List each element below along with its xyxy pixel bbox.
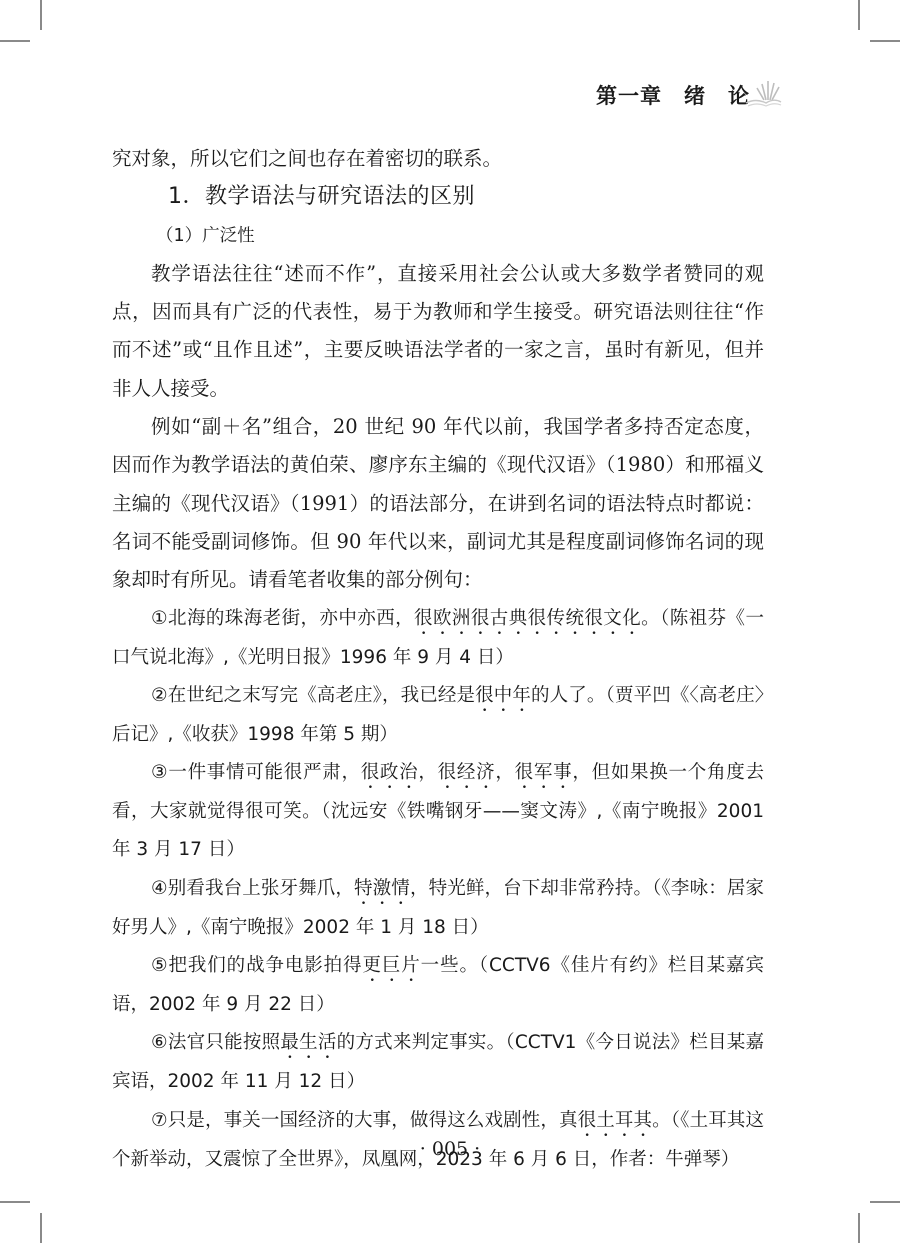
- chapter-title-1: 绪: [684, 80, 706, 110]
- running-head: 第一章 绪 论: [596, 80, 782, 110]
- crop-mark-bottom-left-h: [0, 1201, 30, 1203]
- crop-mark-bottom-right-h: [870, 1201, 900, 1203]
- emphasis: 很军事: [515, 762, 573, 783]
- crop-mark-top-right-h: [870, 40, 900, 42]
- crop-mark-top-left-v: [40, 0, 42, 30]
- paragraph-2: 例如“副＋名”组合，20 世纪 90 年代以前，我国学者多持否定态度，因而作为教…: [112, 408, 764, 599]
- example-1: ①北海的珠海老街，亦中亦西，很欧洲很古典很传统很文化。（陈祖芬《一口气说北海》,…: [112, 600, 764, 677]
- example-5: ⑤把我们的战争电影拍得更巨片一些。（CCTV6《佳片有约》栏目某嘉宾语，2002…: [112, 947, 764, 1024]
- emphasis: 很中年: [475, 685, 531, 706]
- emphasis: 很土耳其: [578, 1110, 653, 1131]
- page-number: · 005 ·: [0, 1138, 900, 1160]
- page-body: 究对象，所以它们之间也存在着密切的联系。 1．教学语法与研究语法的区别 （1）广…: [112, 140, 764, 1179]
- chapter-label: 第一章: [596, 80, 662, 110]
- crop-mark-bottom-right-v: [858, 1213, 860, 1243]
- emphasis: 很欧洲很古典很传统很文化: [414, 608, 641, 629]
- emphasis: 最生活: [280, 1032, 336, 1053]
- section-heading: 1．教学语法与研究语法的区别: [168, 178, 764, 216]
- open-book-icon: [744, 78, 782, 108]
- example-6: ⑥法官只能按照最生活的方式来判定事实。（CCTV1《今日说法》栏目某嘉宾语，20…: [112, 1024, 764, 1101]
- continued-paragraph: 究对象，所以它们之间也存在着密切的联系。: [112, 140, 764, 178]
- example-3: ③一件事情可能很严肃，很政治，很经济，很军事，但如果换一个角度去看，大家就觉得很…: [112, 754, 764, 870]
- example-4: ④别看我台上张牙舞爪，特激情，特光鲜，台下却非常矜持。（《李咏：居家好男人》,《…: [112, 870, 764, 947]
- subsection-heading: （1）广泛性: [156, 217, 764, 255]
- paragraph-1: 教学语法往往“述而不作”，直接采用社会公认或大多数学者赞同的观点，因而具有广泛的…: [112, 255, 764, 408]
- emphasis: 很政治: [361, 762, 419, 783]
- crop-mark-top-left-h: [0, 40, 30, 42]
- crop-mark-bottom-left-v: [40, 1213, 42, 1243]
- emphasis: 特激情: [354, 878, 410, 899]
- crop-mark-top-right-v: [858, 0, 860, 30]
- emphasis: 更巨片: [362, 955, 420, 976]
- emphasis: 很经济: [438, 762, 496, 783]
- example-2: ②在世纪之末写完《高老庄》，我已经是很中年的人了。（贾平凹《〈高老庄〉后记》,《…: [112, 677, 764, 754]
